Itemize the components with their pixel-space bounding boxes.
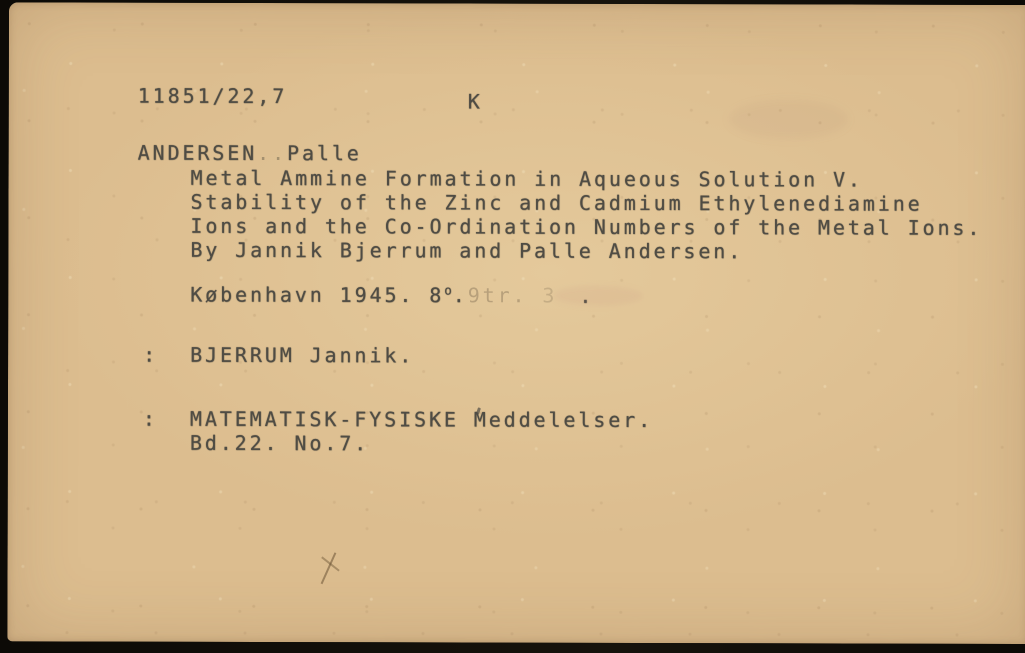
section-letter: K: [468, 90, 483, 114]
title-line: Ions and the Co-Ordination Numbers of th…: [190, 214, 982, 240]
heading-separator-dots: ..: [257, 141, 287, 165]
imprint-format-degree: o: [444, 282, 453, 297]
erased-text: 9tr.: [468, 283, 528, 307]
scan-background: 11851/22,7 K ANDERSEN..Palle Metal Ammin…: [0, 0, 1025, 653]
title-line: Metal Ammine Formation in Aqueous Soluti…: [191, 166, 863, 192]
cross-reference-text: MATEMATISK-FYSISKE Meddelelser.: [190, 407, 653, 432]
imprint-format-number: 8: [429, 283, 444, 307]
cross-reference-marker: :: [143, 343, 158, 367]
paper-smudge: [553, 286, 643, 306]
author-surname: ANDERSEN: [138, 141, 258, 165]
paper-smudge: [729, 99, 849, 139]
title-line: By Jannik Bjerrum and Palle Andersen.: [190, 238, 743, 263]
imprint-format-dot: .: [453, 283, 468, 307]
imprint-line: København 1945. 8o.9tr. 3.: [190, 278, 594, 308]
call-number: 11851/22,7: [138, 84, 287, 108]
title-line: Stability of the Zinc and Cadmium Ethyle…: [190, 190, 922, 216]
author-heading: ANDERSEN..Palle: [138, 141, 362, 166]
author-given-name: Palle: [287, 141, 362, 165]
cross-reference-text: BJERRUM Jannik.: [190, 343, 414, 368]
imprint-place-year: København 1945.: [190, 282, 429, 307]
catalog-card: 11851/22,7 K ANDERSEN..Palle Metal Ammin…: [7, 2, 1025, 644]
cross-reference-text: Bd.22. No.7.: [190, 431, 369, 455]
cross-reference-marker: :: [143, 407, 158, 431]
